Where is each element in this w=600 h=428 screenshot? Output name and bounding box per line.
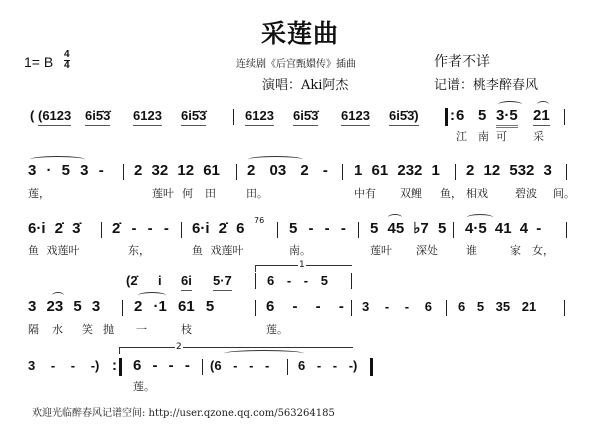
note-group: 6i5̇3̇) (389, 107, 419, 126)
measure: (6 - - - (210, 357, 269, 375)
measure: 3 · 5 3 - (28, 162, 104, 180)
bar-line (566, 222, 567, 238)
lyric: 鱼 戏莲叶 (192, 242, 244, 258)
measure: 3 - - 6 (362, 298, 432, 316)
note-group: 6123 (245, 107, 274, 126)
note-group: (6123 (38, 107, 71, 126)
measure: 5 - - - (289, 220, 346, 238)
repeat-dots: : (112, 357, 117, 375)
measure: 6·i 2̇ 6 (192, 220, 245, 238)
bar-line (123, 164, 124, 180)
bar-line (202, 359, 203, 375)
note: (2̇ (126, 272, 138, 290)
bar-line (287, 359, 288, 375)
repeat-end-bar (119, 358, 122, 376)
note-group: 6i5̇3̇ (181, 107, 206, 126)
volta-2-number: 2 (175, 342, 183, 352)
score-line-3: 6·i 2̇ 3̇ 2̇ - - - 6·i 2̇ 6 76 5 - - - 5… (0, 220, 600, 240)
lyric: 莲叶 (152, 185, 174, 201)
measure: 2 32 12 61 (134, 162, 220, 180)
note-group: 6i5̇3̇ (293, 107, 318, 126)
lyric: 田 (205, 185, 216, 201)
lyric: 水 (52, 321, 63, 337)
measure: 2 03 2 - (247, 162, 328, 180)
repeat-dots: : (450, 107, 455, 125)
lyric: 莲。 (266, 321, 288, 337)
lyrics-line-3: 鱼 戏莲叶 东， 鱼 戏莲叶 南。 莲叶 深处 谁 家 女， (0, 242, 600, 262)
composer-label: 作者不详 (434, 51, 490, 71)
lyric: 相戏 (466, 185, 488, 201)
final-bar (370, 358, 373, 376)
note: 5 (478, 107, 486, 125)
note-group: ( (30, 107, 34, 125)
lyric: 一 (136, 321, 147, 337)
bar-line (255, 273, 256, 289)
song-title: 采莲曲 (0, 14, 600, 50)
lyric: 莲， (28, 185, 50, 201)
lyric: 江 (456, 128, 467, 144)
note-group: 6i (181, 272, 192, 291)
bar-line (455, 164, 456, 180)
measure: 4·5 41 4 - (465, 220, 541, 238)
bar-line (564, 300, 565, 316)
bar-line (358, 222, 359, 238)
repeat-start-bar (445, 108, 448, 126)
measure: 1 61 232 1 (354, 162, 440, 180)
lyrics-line-1: 江 南 可 采 (0, 128, 600, 148)
bar-line (453, 222, 454, 238)
note-group: 5·7 (213, 272, 232, 291)
lyric: 鱼 戏莲叶 (28, 242, 80, 258)
bar-line (277, 222, 278, 238)
lyric: 中有 (354, 185, 376, 201)
lyric: 谁 (466, 242, 477, 258)
lyrics-line-5: 莲。 (0, 378, 600, 398)
tie (224, 350, 304, 357)
lyric: 采 (533, 128, 544, 144)
score-line-1: ( (6123 6i5̇3̇ 6123 6i5̇3̇ 6123 6i5̇3̇ 6… (0, 107, 600, 127)
note-group: 21 (533, 107, 550, 126)
time-sig-top: 4 (64, 50, 70, 60)
measure: 5 45 ♭7 5 (370, 220, 446, 238)
measure: 6 5 35 21 (458, 298, 536, 316)
volta-1-number: 1 (298, 260, 306, 270)
score-line-2: 3 · 5 3 - 2 32 12 61 2 03 2 - 1 61 232 1… (0, 162, 600, 182)
bar-line (351, 300, 352, 316)
measure: 6 - - -) (298, 357, 357, 375)
source-label: 连续剧《后宫甄嬛传》插曲 (236, 55, 356, 70)
note-group: 6i5̇3̇ (85, 107, 110, 126)
time-sig-bottom: 4 (64, 60, 70, 71)
singer-label: 演唱：Aki阿杰 (262, 74, 348, 93)
lyric: 笑 (82, 321, 93, 337)
bar-line (564, 109, 565, 125)
measure: 2̇ - - - (112, 220, 169, 238)
bar-line (181, 222, 182, 238)
lyric: 碧波 (515, 185, 537, 201)
bar-line (122, 300, 123, 316)
bar-line (233, 109, 234, 125)
bar-line (566, 164, 567, 180)
bar-line (255, 300, 256, 316)
measure: 2 12 532 3 (466, 162, 552, 180)
note: i (158, 272, 162, 290)
note: 6 (456, 107, 464, 125)
bar-line (236, 164, 237, 180)
measure: 6 - - 5 (267, 272, 328, 290)
measure: 3 23 5 3 (28, 298, 100, 316)
lyrics-line-2: 莲， 莲叶 何 田 田。 中有 双鲤 鱼， 相戏 碧波 间。 (0, 185, 600, 205)
note-group: 6123 (341, 107, 370, 126)
lyric: 女， (532, 242, 554, 258)
score-line-5: 3 - - -) : 6 - - - (6 - - - 6 - - -) (0, 357, 600, 377)
footer-credit: 欢迎光临醉春风记谱空间: http://user.qzone.qq.com/56… (32, 404, 335, 419)
lyric: 抛 (103, 321, 114, 337)
interlude-line: (2̇ i 6i 5·7 1 6 - - 5 (0, 272, 600, 292)
lyric: 何 (182, 185, 193, 201)
note-group: 3·5 (496, 107, 518, 128)
lyric: 南。 (289, 242, 311, 258)
lyric: 隔 (28, 321, 39, 337)
grace-notes: 76 (254, 216, 264, 225)
note-group: 6123 (133, 107, 162, 126)
lyric: 深处 (416, 242, 438, 258)
measure: 3 - - -) (28, 357, 99, 375)
bar-line (101, 222, 102, 238)
time-signature: 4 4 (64, 50, 70, 71)
key-signature: 1= B (24, 54, 53, 70)
lyric: 鱼， (440, 185, 462, 201)
lyric: 枝 (181, 321, 192, 337)
lyric: 莲叶 (370, 242, 392, 258)
lyric: 南 (478, 128, 489, 144)
measure: 2 ·1 61 5 (134, 298, 214, 316)
measure: 6 - - - (266, 298, 344, 316)
lyric: 间。 (553, 185, 575, 201)
transcriber-label: 记谱：桃李醉春风 (434, 74, 538, 93)
lyric: 可 (496, 128, 507, 144)
bar-line (342, 164, 343, 180)
bar-line (351, 273, 352, 289)
measure: 6·i 2̇ 3̇ (28, 220, 81, 238)
lyric: 家 (510, 242, 521, 258)
lyric: 东， (128, 242, 150, 258)
lyric: 双鲤 (400, 185, 422, 201)
lyrics-line-4: 隔 水 笑 抛 一 枝 莲。 (0, 321, 600, 341)
score-line-4: 3 23 5 3 2 ·1 61 5 6 - - - 3 - - 6 6 5 3… (0, 298, 600, 318)
bar-line (446, 300, 447, 316)
lyric: 田。 (246, 185, 268, 201)
measure: 6 - - - (133, 357, 190, 375)
lyric: 莲。 (133, 378, 155, 394)
